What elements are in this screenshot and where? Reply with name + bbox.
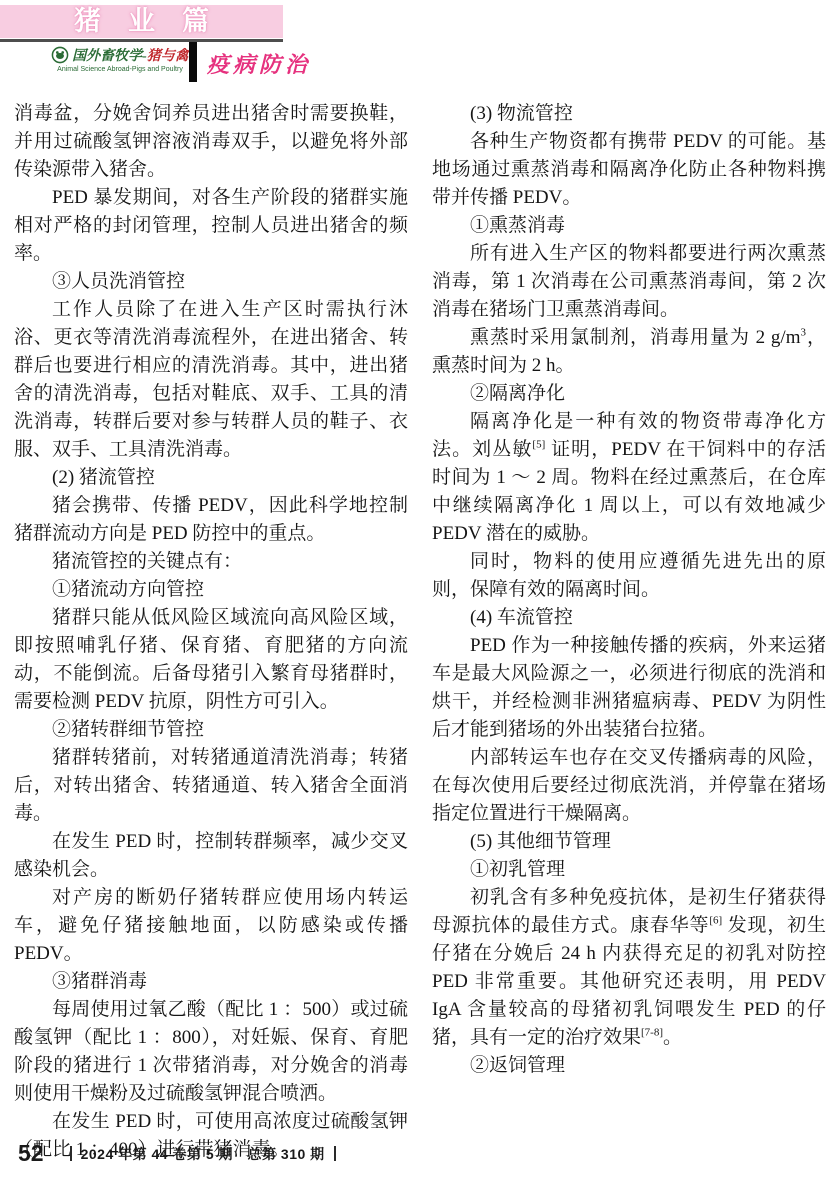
text-run: 同时，物料的使用应遵循先进先出的原则，保障有效的隔离时间。 xyxy=(432,551,826,600)
text-run: (5) 其他细节管理 xyxy=(470,831,611,852)
column-section-title: 疫病防治 xyxy=(207,48,311,79)
text-run: ②隔离净化 xyxy=(470,383,565,404)
text-run: ①猪流动方向管控 xyxy=(52,579,204,600)
paragraph: (2) 猪流管控 xyxy=(14,464,408,492)
paragraph: 初乳含有多种免疫抗体，是初生仔猪获得母源抗体的最佳方式。康春华等[6] 发现，初… xyxy=(432,884,826,1052)
paragraph: 内部转运车也存在交叉传播病毒的风险，在每次使用后要经过彻底洗消，并停靠在猪场指定… xyxy=(432,744,826,828)
text-run: 。 xyxy=(663,1027,682,1048)
page-footer: 52 2024 年第 44 卷第 5 期 总第 310 期 xyxy=(18,1142,336,1165)
paragraph: ①熏蒸消毒 xyxy=(432,212,826,240)
citation-superscript: [5] xyxy=(532,439,545,451)
paragraph: 同时，物料的使用应遵循先进先出的原则，保障有效的隔离时间。 xyxy=(432,548,826,604)
text-run: ③人员洗消管控 xyxy=(52,271,185,292)
right-column: (3) 物流管控各种生产物资都有携带 PEDV 的可能。基地场通过熏蒸消毒和隔离… xyxy=(432,100,826,1164)
journal-logo: 国外畜牧学-猪与禽 Animal Science Abroad-Pigs and… xyxy=(52,45,188,73)
paragraph: 各种生产物资都有携带 PEDV 的可能。基地场通过熏蒸消毒和隔离净化防止各种物料… xyxy=(432,128,826,212)
text-run: 猪群只能从低风险区域流向高风险区域，即按照哺乳仔猪、保育猪、育肥猪的方向流动，不… xyxy=(14,607,408,712)
paragraph: 消毒盆，分娩舍饲养员进出猪舍时需要换鞋，并用过硫酸氢钾溶液消毒双手，以避免将外部… xyxy=(14,100,408,184)
paragraph: 猪群转猪前，对转猪通道清洗消毒；转猪后，对转出猪舍、转猪通道、转入猪舍全面消毒。 xyxy=(14,744,408,828)
paragraph: 隔离净化是一种有效的物资带毒净化方法。刘丛敏[5] 证明，PEDV 在干饲料中的… xyxy=(432,408,826,548)
paragraph: 所有进入生产区的物料都要进行两次熏蒸消毒，第 1 次消毒在公司熏蒸消毒间，第 2… xyxy=(432,240,826,324)
text-run: ①初乳管理 xyxy=(470,859,565,880)
text-run: 熏蒸时采用氯制剂，消毒用量为 2 g/m xyxy=(470,327,801,348)
paragraph: (4) 车流管控 xyxy=(432,604,826,632)
paragraph: 猪群只能从低风险区域流向高风险区域，即按照哺乳仔猪、保育猪、育肥猪的方向流动，不… xyxy=(14,604,408,716)
paragraph: (5) 其他细节管理 xyxy=(432,828,826,856)
text-run: 猪流管控的关键点有： xyxy=(52,551,242,572)
paragraph: 熏蒸时采用氯制剂，消毒用量为 2 g/m3，熏蒸时间为 2 h。 xyxy=(432,324,826,380)
text-run: ②猪转群细节管控 xyxy=(52,719,204,740)
issue-info: 2024 年第 44 卷第 5 期 总第 310 期 xyxy=(81,1144,325,1164)
text-run: 每周使用过氧乙酸（配比 1 ：500）或过硫酸氢钾（配比 1 ：800），对妊娠… xyxy=(14,999,408,1104)
journal-logo-row: 国外畜牧学-猪与禽 xyxy=(52,45,188,65)
paragraph: 猪流管控的关键点有： xyxy=(14,548,408,576)
paragraph: 对产房的断奶仔猪转群应使用场内转运车，避免仔猪接触地面，以防感染或传播 PEDV… xyxy=(14,884,408,968)
text-run: 工作人员除了在进入生产区时需执行沐浴、更衣等清洗消毒流程外，在进出猪舍、转群后也… xyxy=(14,299,408,460)
text-run: 内部转运车也存在交叉传播病毒的风险，在每次使用后要经过彻底洗消，并停靠在猪场指定… xyxy=(432,747,826,824)
footer-divider-left xyxy=(70,1146,72,1161)
paragraph: ③猪群消毒 xyxy=(14,968,408,996)
paragraph: ①初乳管理 xyxy=(432,856,826,884)
paragraph: 每周使用过氧乙酸（配比 1 ：500）或过硫酸氢钾（配比 1 ：800），对妊娠… xyxy=(14,996,408,1108)
header-rule xyxy=(0,39,283,42)
paragraph: ①猪流动方向管控 xyxy=(14,576,408,604)
text-run: 猪群转猪前，对转猪通道清洗消毒；转猪后，对转出猪舍、转猪通道、转入猪舍全面消毒。 xyxy=(14,747,408,824)
paragraph: ②返饲管理 xyxy=(432,1052,826,1080)
text-run: (3) 物流管控 xyxy=(470,103,573,124)
section-band: 猪 业 篇 xyxy=(0,5,283,38)
paragraph: 猪会携带、传播 PEDV，因此科学地控制猪群流动方向是 PED 防控中的重点。 xyxy=(14,492,408,548)
left-column: 消毒盆，分娩舍饲养员进出猪舍时需要换鞋，并用过硫酸氢钾溶液消毒双手，以避免将外部… xyxy=(14,100,408,1164)
journal-page: 猪 业 篇 国外畜牧学-猪与禽 Animal Science Abroad-Pi… xyxy=(0,0,840,1181)
paragraph: ③人员洗消管控 xyxy=(14,268,408,296)
footer-divider-right xyxy=(334,1146,336,1161)
text-run: ③猪群消毒 xyxy=(52,971,147,992)
article-body: 消毒盆，分娩舍饲养员进出猪舍时需要换鞋，并用过硫酸氢钾溶液消毒双手，以避免将外部… xyxy=(14,100,826,1164)
header-divider-bar xyxy=(189,42,197,82)
journal-name-cn: 国外畜牧学-猪与禽 xyxy=(72,45,189,65)
text-run: ②返饲管理 xyxy=(470,1055,565,1076)
text-run: PED 暴发期间，对各生产阶段的猪群实施相对严格的封闭管理，控制人员进出猪舍的频… xyxy=(14,187,408,264)
paragraph: PED 暴发期间，对各生产阶段的猪群实施相对严格的封闭管理，控制人员进出猪舍的频… xyxy=(14,184,408,268)
paragraph: (3) 物流管控 xyxy=(432,100,826,128)
text-run: ①熏蒸消毒 xyxy=(470,215,565,236)
text-run: 消毒盆，分娩舍饲养员进出猪舍时需要换鞋，并用过硫酸氢钾溶液消毒双手，以避免将外部… xyxy=(14,103,408,180)
journal-name-cn-sub: 猪与禽 xyxy=(147,49,189,64)
paragraph: PED 作为一种接触传播的疾病，外来运猪车是最大风险源之一，必须进行彻底的洗消和… xyxy=(432,632,826,744)
paragraph: 在发生 PED 时，控制转群频率，减少交叉感染机会。 xyxy=(14,828,408,884)
text-run: 猪会携带、传播 PEDV，因此科学地控制猪群流动方向是 PED 防控中的重点。 xyxy=(14,495,408,544)
journal-emblem-icon xyxy=(51,46,69,64)
section-band-title: 猪 业 篇 xyxy=(74,8,209,35)
journal-name-cn-main: 国外畜牧学- xyxy=(72,49,147,64)
paragraph: ②隔离净化 xyxy=(432,380,826,408)
journal-name-en: Animal Science Abroad-Pigs and Poultry xyxy=(52,66,188,73)
text-run: PED 作为一种接触传播的疾病，外来运猪车是最大风险源之一，必须进行彻底的洗消和… xyxy=(432,635,826,740)
text-run: 对产房的断奶仔猪转群应使用场内转运车，避免仔猪接触地面，以防感染或传播 PEDV… xyxy=(14,887,408,964)
text-run: (2) 猪流管控 xyxy=(52,467,155,488)
text-run: 所有进入生产区的物料都要进行两次熏蒸消毒，第 1 次消毒在公司熏蒸消毒间，第 2… xyxy=(432,243,826,320)
text-run: (4) 车流管控 xyxy=(470,607,573,628)
text-run: 各种生产物资都有携带 PEDV 的可能。基地场通过熏蒸消毒和隔离净化防止各种物料… xyxy=(432,131,826,208)
text-run: 在发生 PED 时，控制转群频率，减少交叉感染机会。 xyxy=(14,831,408,880)
paragraph: 工作人员除了在进入生产区时需执行沐浴、更衣等清洗消毒流程外，在进出猪舍、转群后也… xyxy=(14,296,408,464)
citation-superscript: [6] xyxy=(709,915,722,927)
page-number: 52 xyxy=(18,1142,44,1165)
paragraph: ②猪转群细节管控 xyxy=(14,716,408,744)
citation-superscript: [7-8] xyxy=(641,1027,663,1039)
